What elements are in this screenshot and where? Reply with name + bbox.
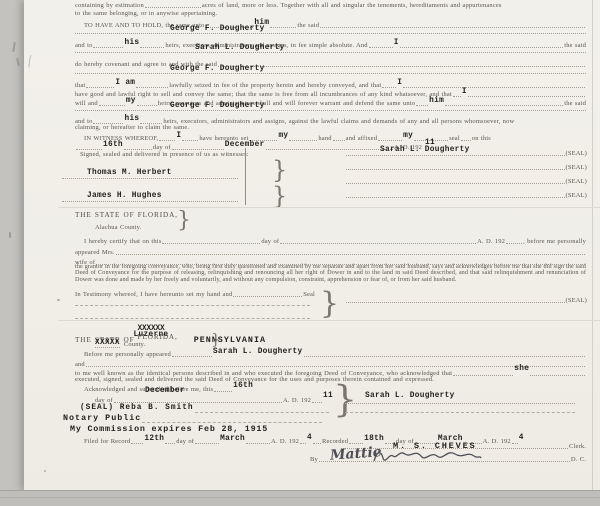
seal-label: (SEAL): [566, 297, 587, 304]
dotted-leader: [400, 47, 564, 48]
typed-entry-my: my: [126, 97, 136, 105]
dotted-leader: [172, 149, 224, 150]
dotted-leader: [162, 243, 260, 244]
typed-notary-name: (SEAL) Reba B. Smith: [80, 404, 194, 412]
typed-state-pennsylvania: PENNSYLVANIA: [194, 336, 266, 344]
witness-caption: Signed, sealed and delivered in presence…: [80, 151, 249, 158]
signature-line-right: [345, 403, 575, 404]
scan-speck: [44, 470, 46, 472]
dotted-leader: [246, 443, 270, 444]
blank-line: [345, 412, 575, 413]
witness-brace: }: [272, 182, 287, 210]
testimony-line: In Testimony whereof, I have hereunto se…: [75, 291, 315, 298]
dotted-leader: [320, 27, 585, 28]
printed-text: I hereby certify that on this: [84, 238, 161, 245]
printed-text: day of: [153, 144, 171, 151]
typed-notary-title: Notary Public: [63, 414, 141, 422]
seal-line-3: (SEAL): [345, 178, 587, 185]
dotted-leader: [172, 356, 212, 357]
testimony-brace: }: [320, 286, 339, 321]
typed-recorded-year: 4: [519, 434, 524, 442]
dotted-leader: [333, 140, 345, 141]
name-line-1: George F. Dougherty: [75, 33, 586, 34]
typed-entry-she: she: [514, 365, 529, 373]
florida-brace: }: [177, 208, 191, 233]
before-me-line: Before me personally appeared Sarah L. D…: [84, 350, 586, 358]
blank-line: [75, 318, 310, 319]
dotted-leader: [461, 140, 471, 141]
pa-date-brace: }: [333, 378, 357, 420]
printed-text: the said: [564, 100, 586, 107]
witness-brace: }: [272, 156, 287, 184]
commission-line: My Commission expires Feb 28, 1915: [70, 425, 268, 433]
printed-text: THE STATE OF FLORIDA,: [75, 212, 178, 219]
appeared-line: appeared Mrs.: [75, 249, 586, 256]
printed-text: executed, signed, sealed and delivered t…: [75, 376, 434, 383]
deed-line-1b: to the same belonging, or in anywise app…: [75, 10, 217, 17]
printed-text: to the same belonging, or in anywise app…: [75, 10, 217, 17]
dotted-leader: [506, 243, 522, 244]
seal-label: (SEAL): [566, 150, 587, 157]
printed-text: Before me personally appeared: [84, 351, 171, 358]
dotted-leader: [304, 356, 585, 357]
dotted-leader: [131, 443, 143, 444]
printed-text: and affixed: [346, 135, 377, 142]
notary-title-line: Notary Public: [63, 416, 323, 424]
printed-text: , before me personally: [523, 238, 586, 245]
typed-day: 16th: [233, 382, 253, 390]
printed-text: the said: [297, 22, 319, 29]
dotted-leader: [86, 87, 114, 88]
certify-line: I hereby certify that on this day of A. …: [84, 238, 586, 245]
dotted-leader: [280, 243, 476, 244]
printed-text: claiming, or hereafter to claim the same…: [75, 124, 189, 131]
typed-filed-year: 4: [307, 434, 312, 442]
deed-line-3: and to his heirs, executors, administrat…: [75, 41, 586, 49]
grantor-name: Sarah L. Dougherty: [195, 44, 285, 52]
printed-text: and: [75, 361, 85, 368]
blank-line: [75, 305, 310, 306]
dotted-leader: [453, 96, 461, 97]
printed-text: and to: [75, 42, 92, 49]
printed-text: will and: [75, 100, 98, 107]
seal-label: (SEAL): [566, 178, 587, 185]
name-line-2: Sarah L. Dougherty: [75, 52, 586, 53]
dotted-leader: [416, 105, 428, 106]
grantee-name: George F. Dougherty: [170, 25, 265, 33]
warrant-line: will and my heirs, executors and adminis…: [75, 99, 586, 107]
typed-appearer-name: Sarah L. Dougherty: [213, 348, 303, 356]
page-edge-line: [592, 0, 593, 490]
dotted-leader: [445, 105, 563, 106]
dotted-leader: [346, 183, 565, 184]
dotted-leader: [86, 366, 585, 367]
typed-entry-I: I: [394, 39, 399, 47]
pa-county-line: XXXXX County.: [95, 339, 145, 348]
dotted-leader: [346, 169, 565, 170]
witness-column-divider: [245, 148, 246, 205]
dotted-leader: [137, 105, 157, 106]
printed-text: seal: [449, 135, 460, 142]
witness1-signature: Thomas M. Herbert: [87, 169, 172, 177]
dotted-leader: [369, 47, 393, 48]
printed-text: day of: [261, 238, 279, 245]
typed-entry-my: my: [403, 132, 413, 140]
dotted-leader: [93, 47, 123, 48]
seal-line-2: (SEAL): [345, 164, 587, 171]
printed-text: containing by estimation: [75, 2, 144, 9]
printed-text: Seal: [303, 291, 315, 298]
printed-text: on this: [472, 135, 491, 142]
dotted-leader: [124, 149, 152, 150]
typed-filed-day: 12th: [144, 435, 164, 443]
typed-year: 11: [323, 392, 333, 400]
seal-line-4: (SEAL): [345, 192, 587, 199]
dotted-leader: [403, 87, 585, 88]
typed-entry-I: I: [397, 79, 402, 87]
witness1-line: Thomas M. Herbert: [62, 178, 238, 179]
seal-label: (SEAL): [566, 192, 587, 199]
dotted-leader: [136, 87, 168, 88]
dotted-leader: [76, 149, 102, 150]
clerk-label: Clerk.: [569, 443, 586, 450]
printed-text: A. D. 192: [477, 238, 505, 245]
dotted-leader: [214, 391, 232, 392]
name-line-4: George F. Dougherty: [75, 110, 586, 111]
printed-text: A. D. 192: [283, 397, 311, 404]
printed-text: acres of land, more or less. Together wi…: [202, 2, 502, 9]
printed-text: lawfully seized in fee of the property h…: [169, 82, 381, 89]
dotted-leader: [159, 140, 175, 141]
and-line: and: [75, 361, 586, 368]
printed-text: Filed for Record: [84, 438, 130, 445]
typed-entry-I: I: [176, 132, 181, 140]
typed-entry-my: my: [278, 132, 288, 140]
typed-entry-I: I: [462, 88, 467, 96]
witness2-line: James H. Hughes: [62, 201, 238, 202]
dotted-leader: [319, 461, 570, 462]
dotted-leader: [313, 443, 321, 444]
printed-text: A. D. 192: [271, 438, 299, 445]
dotted-leader: [300, 443, 306, 444]
grantee-name: George F. Dougherty: [170, 102, 265, 110]
printed-text: In Testimony whereof, I have hereunto se…: [75, 291, 232, 298]
dotted-leader: [165, 443, 175, 444]
acknowledger-signature: Sarah L. Dougherty: [365, 392, 455, 400]
dotted-leader: [346, 155, 565, 156]
grantee-name: George F. Dougherty: [170, 65, 265, 73]
defend-line-2: claiming, or hereafter to claim the same…: [75, 124, 189, 131]
printed-text: day of: [176, 438, 194, 445]
typed-entry-him: him: [429, 97, 444, 105]
typed-recorded-day: 18th: [364, 435, 384, 443]
typed-filed-month: March: [220, 435, 245, 443]
lawful-right-line: have good and lawful right to sell and c…: [75, 90, 586, 98]
seal-label: (SEAL): [566, 164, 587, 171]
printed-text: Signed, sealed and delivered in presence…: [80, 151, 249, 158]
dotted-leader: [140, 47, 164, 48]
printed-text: Alachua County.: [95, 224, 141, 231]
notary-seal-line: (SEAL): [345, 297, 587, 304]
deputy-clerk-line: By D. C.: [310, 456, 586, 463]
dotted-leader: [312, 402, 322, 403]
dotted-leader: [114, 402, 282, 403]
dotted-leader: [289, 140, 317, 141]
typed-commission-expiry: My Commission expires Feb 28, 1915: [70, 425, 268, 433]
scanner-line: [0, 497, 600, 498]
printed-text: that: [75, 82, 85, 89]
covenant-line: do hereby covenant and agree to and with…: [75, 61, 586, 68]
deputy-clerk-label: D. C.: [571, 456, 586, 463]
printed-text: County.: [124, 341, 145, 348]
printed-text: appeared Mrs.: [75, 249, 115, 256]
printed-text: the said: [564, 42, 586, 49]
typed-county-luzerne: Luzerne: [134, 331, 169, 339]
dotted-leader: [346, 302, 565, 303]
typed-entry-I-am: I am: [115, 79, 135, 87]
scanned-deed-page: 373 containing by estimation acres of la…: [0, 0, 600, 506]
section-divider: [58, 207, 600, 208]
printed-text: day of: [95, 397, 113, 404]
typed-month: December: [145, 387, 185, 395]
executed-line: executed, signed, sealed and delivered t…: [75, 376, 434, 383]
seized-line: that I am lawfully seized in fee of the …: [75, 81, 586, 89]
deed-line-1: containing by estimation acres of land, …: [75, 2, 586, 9]
dotted-leader: [233, 296, 302, 297]
witness2-signature: James H. Hughes: [87, 192, 162, 200]
name-line-3: George F. Dougherty: [75, 73, 586, 74]
dotted-leader: [382, 87, 396, 88]
dotted-leader: [99, 105, 125, 106]
seal-line-1: (SEAL): [345, 150, 587, 157]
dotted-leader: [182, 140, 198, 141]
typed-entry-his: his: [124, 115, 139, 123]
printed-text: heirs, executors, administrators and ass…: [163, 118, 514, 125]
dotted-leader: [195, 443, 219, 444]
scan-speck: [12, 42, 16, 52]
florida-county: Alachua County.: [95, 224, 141, 231]
florida-state-heading: THE STATE OF FLORIDA,: [75, 212, 178, 219]
pa-date-line: December day of A. D. 192 11: [95, 396, 333, 404]
habendum-line: TO HAVE AND TO HOLD, the same unto him t…: [84, 21, 586, 29]
dotted-leader: [116, 254, 585, 255]
struck-county-x: XXXXX: [95, 339, 120, 348]
dotted-leader: [195, 412, 329, 413]
dotted-leader: [270, 27, 296, 28]
dotted-leader: [142, 422, 322, 423]
printed-text: hand: [318, 135, 331, 142]
typed-day: 16th: [103, 141, 123, 149]
dower-paragraph: the grantor in the foregoing conveyance,…: [75, 264, 586, 283]
scanner-background: [0, 490, 600, 506]
dotted-leader: [346, 197, 565, 198]
scan-speck: [57, 299, 60, 301]
dotted-leader: [530, 375, 585, 376]
dotted-leader: [468, 96, 585, 97]
scan-speck: [9, 232, 11, 238]
pa-brace: }: [211, 330, 221, 348]
section-divider: [58, 320, 600, 321]
typed-entry-his: his: [124, 39, 139, 47]
witness-whereof-line: IN WITNESS WHEREOF, I have hereunto set …: [84, 134, 586, 142]
dotted-leader: [453, 375, 513, 376]
dotted-leader: [218, 66, 585, 67]
dotted-leader: [145, 7, 201, 8]
scan-speck: [16, 58, 20, 66]
dotted-leader: [378, 140, 402, 141]
by-label: By: [310, 456, 318, 463]
